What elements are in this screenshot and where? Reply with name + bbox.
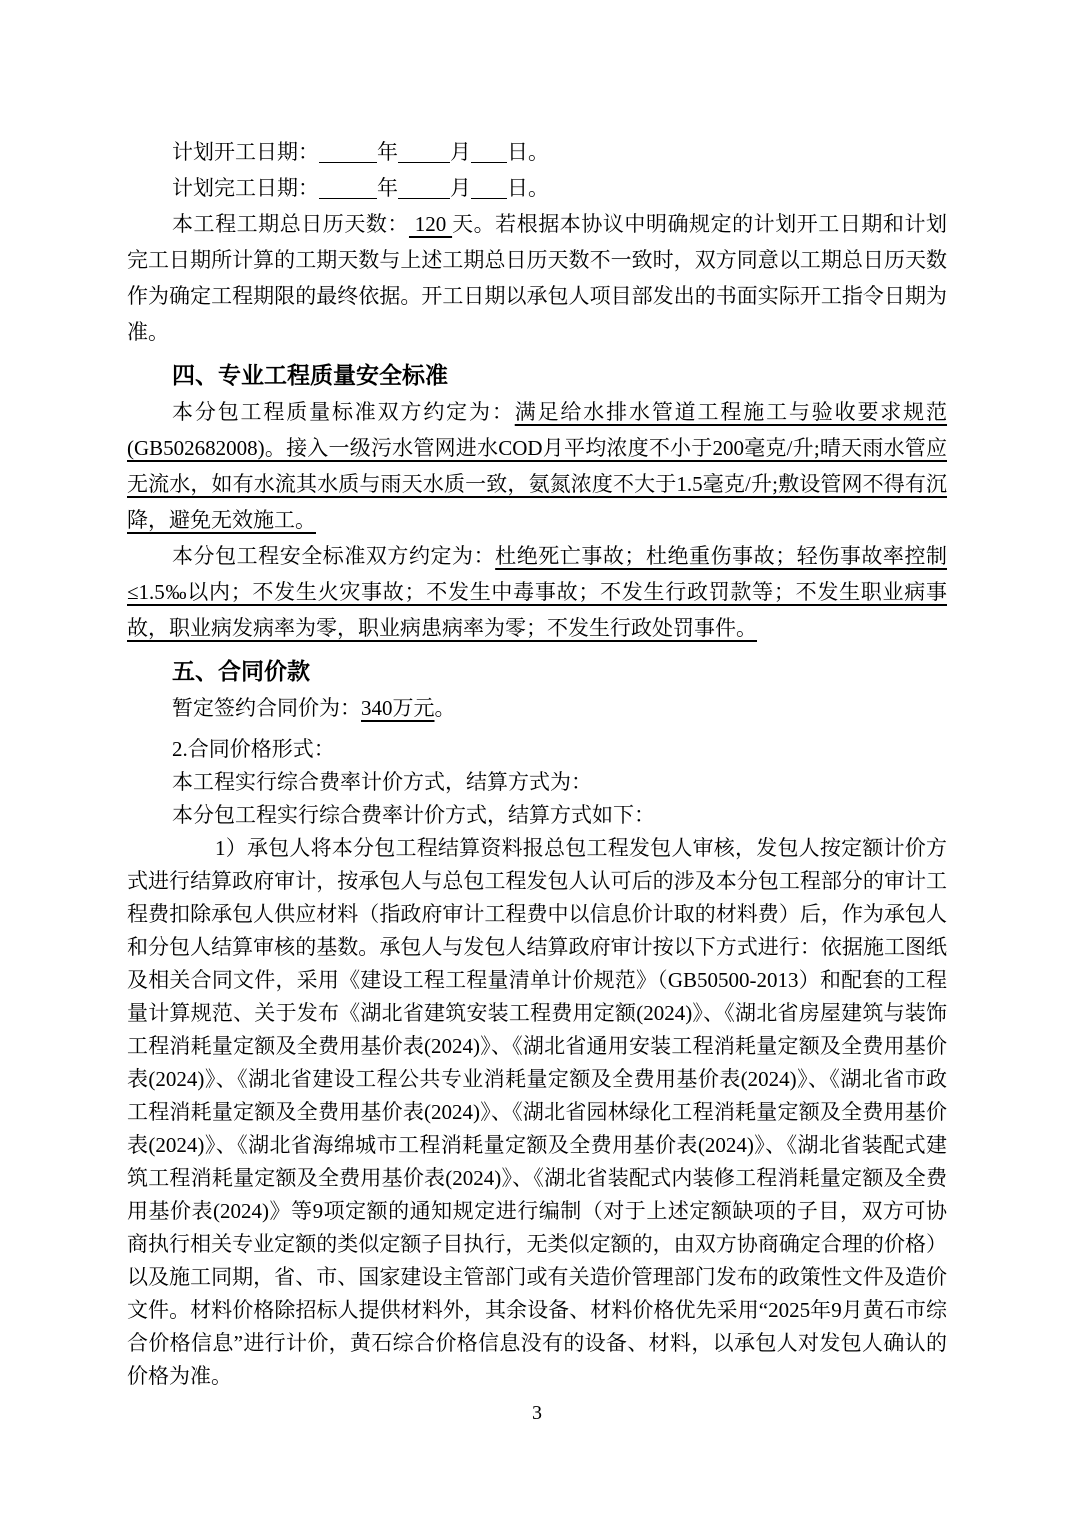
price-form-line: 2.合同价格形式： — [127, 733, 947, 766]
subcontract-pricing-method-line: 本分包工程实行综合费率计价方式，结算方式如下： — [127, 799, 947, 832]
quality-standard-label: 本分包工程质量标准双方约定为： — [172, 400, 515, 424]
pricing-method-line: 本工程实行综合费率计价方式，结算方式为： — [127, 766, 947, 799]
settlement-terms-paragraph: 1）承包人将本分包工程结算资料报总包工程发包人审核，发包人按定额计价方式进行结算… — [127, 832, 947, 1393]
planned-start-date-line: 计划开工日期：年月日。 — [127, 134, 947, 170]
duration-label: 本工程工期总日历天数： — [172, 212, 409, 236]
start-day-blank — [471, 161, 507, 163]
month-char: 月 — [450, 140, 471, 164]
section-4-heading: 四、专业工程质量安全标准 — [127, 358, 947, 392]
start-month-blank — [398, 161, 450, 163]
end-day-blank — [471, 197, 507, 199]
quality-standard-paragraph: 本分包工程质量标准双方约定为：满足给水排水管道工程施工与验收要求规范(GB502… — [127, 394, 947, 538]
contract-price-paragraph: 暂定签约合同价为：340万元。 — [127, 690, 947, 726]
planned-end-date-line: 计划完工日期：年月日。 — [127, 170, 947, 206]
end-month-blank — [398, 197, 450, 199]
end-year-blank — [319, 197, 377, 199]
section-5-heading: 五、合同价款 — [127, 654, 947, 688]
contract-price-label: 暂定签约合同价为： — [172, 696, 361, 720]
year-char: 年 — [377, 140, 398, 164]
safety-standard-label: 本分包工程安全标准双方约定为： — [172, 544, 495, 568]
contract-price-value: 340万元 — [361, 696, 435, 720]
page-number: 3 — [127, 1399, 947, 1427]
contract-page: 计划开工日期：年月日。 计划完工日期：年月日。 本工程工期总日历天数： 120 … — [0, 0, 1074, 1520]
start-year-blank — [319, 161, 377, 163]
month-char: 月 — [450, 176, 471, 200]
day-char: 日。 — [507, 176, 549, 200]
year-char: 年 — [377, 176, 398, 200]
day-char: 日。 — [507, 140, 549, 164]
duration-paragraph: 本工程工期总日历天数： 120 天。若根据本协议中明确规定的计划开工日期和计划完… — [127, 206, 947, 350]
safety-standard-paragraph: 本分包工程安全标准双方约定为：杜绝死亡事故；杜绝重伤事故；轻伤事故率控制≤1.5… — [127, 538, 947, 646]
planned-start-date-label: 计划开工日期： — [172, 140, 319, 164]
contract-price-period: 。 — [435, 696, 456, 720]
planned-end-date-label: 计划完工日期： — [172, 176, 319, 200]
duration-days-value: 120 — [409, 212, 452, 236]
